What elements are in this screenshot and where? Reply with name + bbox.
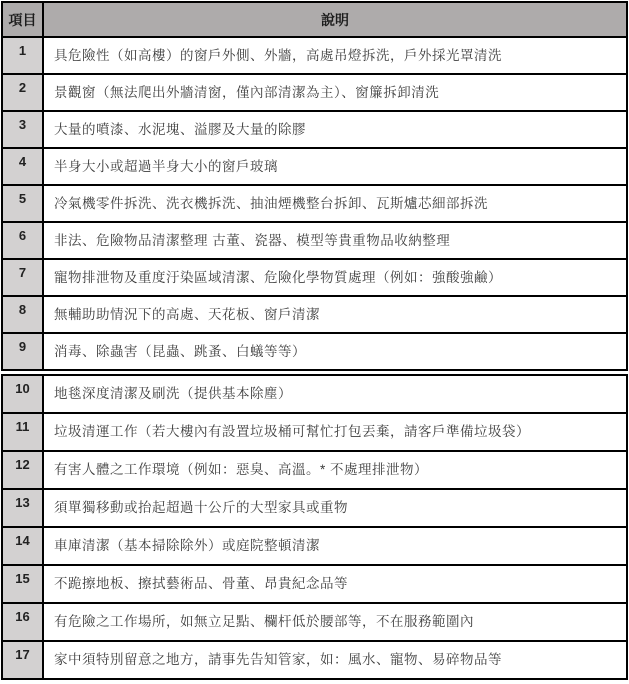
item-description: 非法、危險物品清潔整理 古董、瓷器、模型等貴重物品收納整理 [43, 222, 627, 259]
table-row: 7 寵物排泄物及重度汙染區域清潔、危險化學物質處理（例如：強酸強鹼） [2, 259, 627, 296]
item-number: 15 [2, 565, 43, 603]
item-description: 地毯深度清潔及刷洗（提供基本除塵） [43, 375, 627, 413]
table-row: 5 冷氣機零件拆洗、洗衣機拆洗、抽油煙機整台拆卸、瓦斯爐芯細部拆洗 [2, 185, 627, 222]
item-description: 無輔助助情況下的高處、天花板、窗戶清潔 [43, 296, 627, 333]
column-header-item: 項目 [2, 2, 43, 37]
item-number: 16 [2, 603, 43, 641]
item-number: 7 [2, 259, 43, 296]
table-row: 2 景觀窗（無法爬出外牆清窗，僅內部清潔為主）、窗簾拆卸清洗 [2, 74, 627, 111]
item-description: 有危險之工作場所，如無立足點、欄杆低於腰部等，不在服務範圍內 [43, 603, 627, 641]
item-description: 車庫清潔（基本掃除除外）或庭院整頓清潔 [43, 527, 627, 565]
table-row: 11 垃圾清運工作（若大樓內有設置垃圾桶可幫忙打包丟棄，請客戶準備垃圾袋） [2, 413, 627, 451]
item-number: 17 [2, 641, 43, 679]
item-description: 具危險性（如高樓）的窗戶外側、外牆，高處吊燈拆洗，戶外採光罩清洗 [43, 37, 627, 74]
item-description: 有害人體之工作環境（例如：惡臭、高溫。* 不處理排泄物） [43, 451, 627, 489]
column-header-description: 說明 [43, 2, 627, 37]
table-row: 17 家中須特別留意之地方，請事先告知管家，如：風水、寵物、易碎物品等 [2, 641, 627, 679]
item-number: 1 [2, 37, 43, 74]
table-row: 10 地毯深度清潔及刷洗（提供基本除塵） [2, 375, 627, 413]
table-row: 16 有危險之工作場所，如無立足點、欄杆低於腰部等，不在服務範圍內 [2, 603, 627, 641]
header-row: 項目 說明 [2, 2, 627, 37]
item-description: 垃圾清運工作（若大樓內有設置垃圾桶可幫忙打包丟棄，請客戶準備垃圾袋） [43, 413, 627, 451]
table-row: 3 大量的噴漆、水泥塊、溢膠及大量的除膠 [2, 111, 627, 148]
item-number: 8 [2, 296, 43, 333]
item-description: 不跪擦地板、擦拭藝術品、骨董、昂貴紀念品等 [43, 565, 627, 603]
item-number: 3 [2, 111, 43, 148]
table-row: 9 消毒、除蟲害（昆蟲、跳蚤、白蟻等等） [2, 333, 627, 370]
item-number: 11 [2, 413, 43, 451]
item-number: 13 [2, 489, 43, 527]
exclusions-table-lower: 10 地毯深度清潔及刷洗（提供基本除塵） 11 垃圾清運工作（若大樓內有設置垃圾… [1, 374, 628, 680]
table-row: 1 具危險性（如高樓）的窗戶外側、外牆，高處吊燈拆洗，戶外採光罩清洗 [2, 37, 627, 74]
exclusions-table-upper: 項目 說明 1 具危險性（如高樓）的窗戶外側、外牆，高處吊燈拆洗，戶外採光罩清洗… [1, 1, 628, 371]
item-description: 消毒、除蟲害（昆蟲、跳蚤、白蟻等等） [43, 333, 627, 370]
item-number: 4 [2, 148, 43, 185]
table-row: 4 半身大小或超過半身大小的窗戶玻璃 [2, 148, 627, 185]
table-row: 8 無輔助助情況下的高處、天花板、窗戶清潔 [2, 296, 627, 333]
item-description: 寵物排泄物及重度汙染區域清潔、危險化學物質處理（例如：強酸強鹼） [43, 259, 627, 296]
item-number: 6 [2, 222, 43, 259]
table-row: 13 須單獨移動或抬起超過十公斤的大型家具或重物 [2, 489, 627, 527]
item-number: 10 [2, 375, 43, 413]
item-description: 冷氣機零件拆洗、洗衣機拆洗、抽油煙機整台拆卸、瓦斯爐芯細部拆洗 [43, 185, 627, 222]
item-description: 景觀窗（無法爬出外牆清窗，僅內部清潔為主）、窗簾拆卸清洗 [43, 74, 627, 111]
item-number: 14 [2, 527, 43, 565]
item-description: 大量的噴漆、水泥塊、溢膠及大量的除膠 [43, 111, 627, 148]
item-number: 9 [2, 333, 43, 370]
item-description: 半身大小或超過半身大小的窗戶玻璃 [43, 148, 627, 185]
item-number: 2 [2, 74, 43, 111]
item-description: 家中須特別留意之地方，請事先告知管家，如：風水、寵物、易碎物品等 [43, 641, 627, 679]
item-number: 12 [2, 451, 43, 489]
item-description: 須單獨移動或抬起超過十公斤的大型家具或重物 [43, 489, 627, 527]
item-number: 5 [2, 185, 43, 222]
table-row: 14 車庫清潔（基本掃除除外）或庭院整頓清潔 [2, 527, 627, 565]
table-row: 15 不跪擦地板、擦拭藝術品、骨董、昂貴紀念品等 [2, 565, 627, 603]
table-row: 6 非法、危險物品清潔整理 古董、瓷器、模型等貴重物品收納整理 [2, 222, 627, 259]
table-row: 12 有害人體之工作環境（例如：惡臭、高溫。* 不處理排泄物） [2, 451, 627, 489]
page: 項目 說明 1 具危險性（如高樓）的窗戶外側、外牆，高處吊燈拆洗，戶外採光罩清洗… [0, 0, 629, 684]
